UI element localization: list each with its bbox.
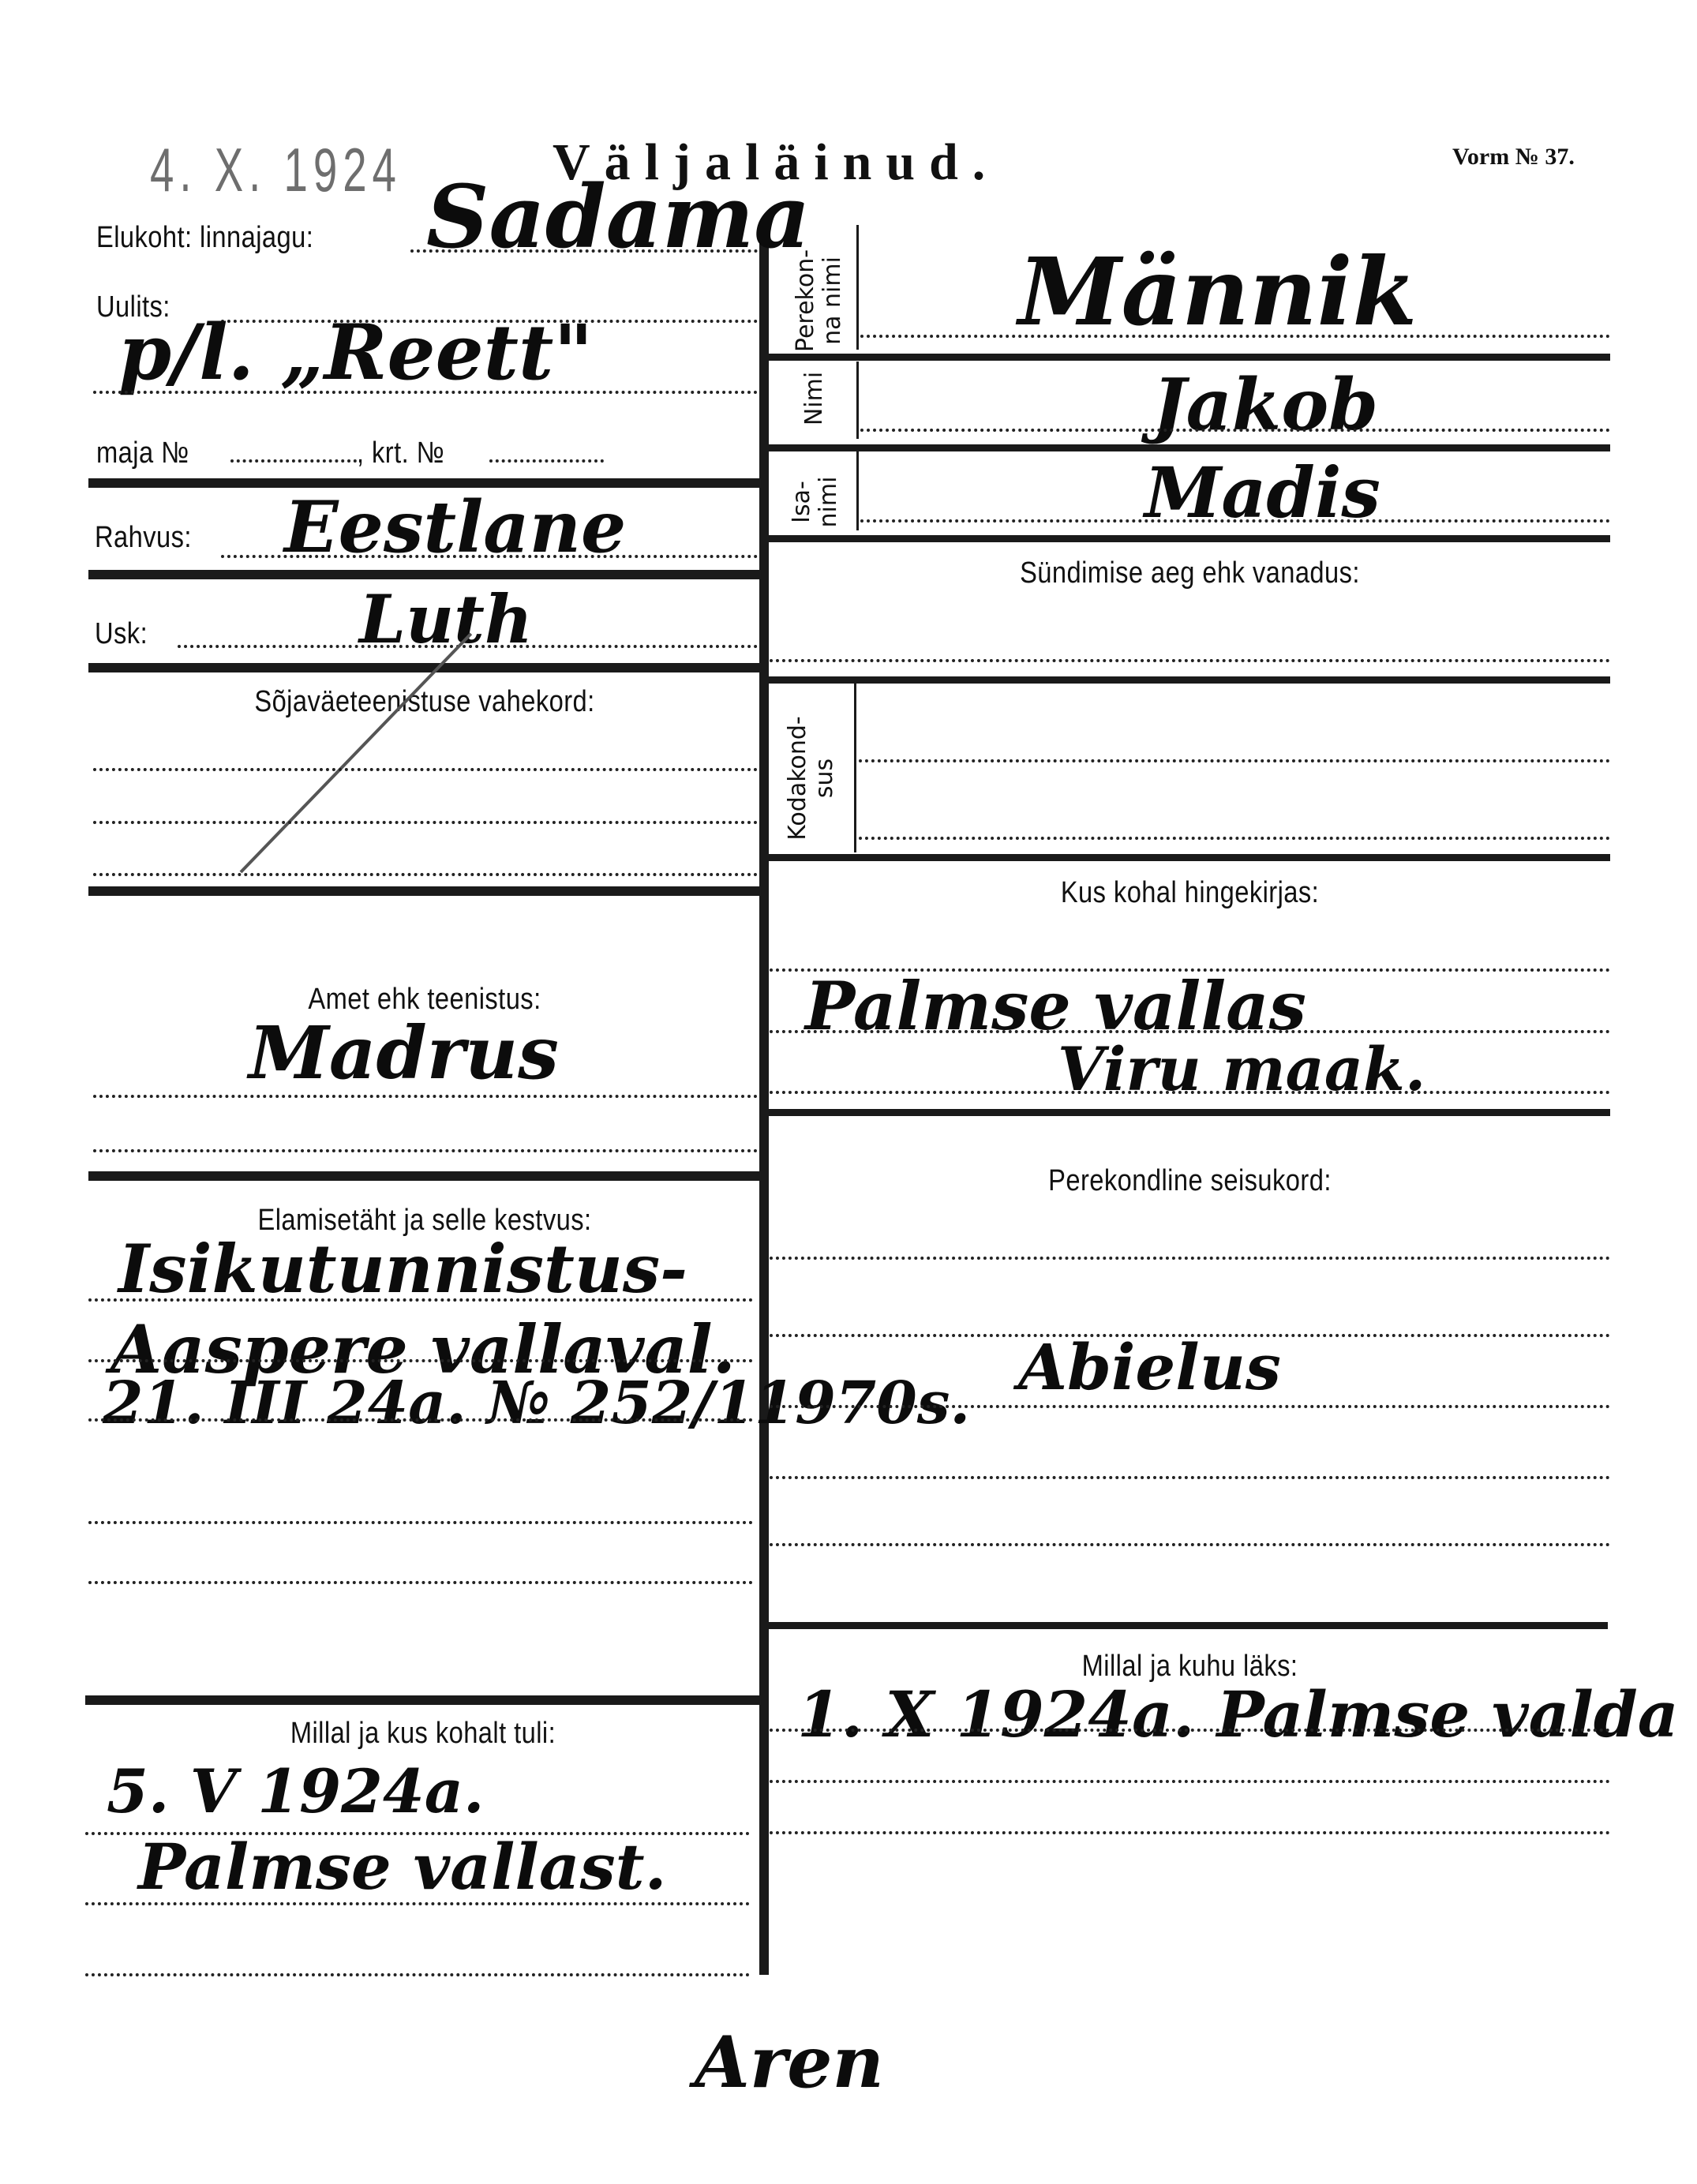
citizenship-field-line-2[interactable] bbox=[859, 837, 1610, 840]
section-divider bbox=[767, 444, 1610, 451]
arrival-line-1: 5. V 1924a. bbox=[107, 1756, 484, 1826]
residence-label: Elukoht: linnajagu: bbox=[96, 221, 313, 255]
arrival-label: Millal ja kus kohalt tuli: bbox=[133, 1717, 714, 1751]
section-divider bbox=[88, 570, 761, 579]
residence-permit-line-3: 21. III 24a. № 252/11970s. bbox=[103, 1369, 970, 1437]
marital-status-field-line-5[interactable] bbox=[770, 1543, 1610, 1546]
residence-permit-field-line-3[interactable] bbox=[88, 1418, 753, 1422]
religion-label: Usk: bbox=[95, 617, 148, 651]
label-column-rule bbox=[856, 225, 859, 350]
father-name-label: Isa- nimi bbox=[789, 463, 845, 541]
street-field-line-2[interactable] bbox=[93, 391, 758, 394]
departure-field-line-1[interactable] bbox=[770, 1729, 1610, 1732]
marital-status-label: Perekondline seisukord: bbox=[829, 1164, 1552, 1198]
residence-permit-line-1: Isikutunnistus- bbox=[118, 1230, 687, 1308]
surname-value: Männik bbox=[1018, 237, 1417, 347]
arrival-line-2: Palmse vallast. bbox=[138, 1830, 666, 1904]
house-number-field[interactable] bbox=[230, 459, 357, 463]
parish-register-field-line-2[interactable] bbox=[770, 1030, 1610, 1033]
military-field-line-2[interactable] bbox=[93, 821, 758, 824]
date-stamp: 4. X. 1924 bbox=[150, 134, 402, 206]
marital-status-field-line-3[interactable] bbox=[770, 1405, 1610, 1408]
residence-permit-field-line-4[interactable] bbox=[88, 1521, 753, 1524]
label-column-rule bbox=[854, 680, 856, 852]
occupation-field-line-1[interactable] bbox=[93, 1095, 758, 1098]
military-status-label: Sõjaväeteenistuse vahekord: bbox=[136, 685, 714, 719]
marital-status-field-line-4[interactable] bbox=[770, 1476, 1610, 1479]
parish-register-field-line-3[interactable] bbox=[770, 1091, 1610, 1094]
father-name-field-line[interactable] bbox=[860, 519, 1610, 523]
first-name-field-line[interactable] bbox=[860, 429, 1610, 432]
marital-status-value: Abielus bbox=[1018, 1330, 1281, 1404]
official-signature: Aren bbox=[695, 2021, 884, 2104]
residence-permit-field-line-5[interactable] bbox=[88, 1581, 753, 1584]
section-divider bbox=[85, 1695, 761, 1705]
section-divider bbox=[767, 854, 1610, 861]
residence-field-line[interactable] bbox=[410, 249, 758, 253]
military-field-line-1[interactable] bbox=[93, 768, 758, 771]
arrival-field-line-3[interactable] bbox=[85, 1973, 750, 1976]
departure-field-line-2[interactable] bbox=[770, 1780, 1610, 1783]
section-divider bbox=[88, 1171, 761, 1181]
citizenship-label: Kodakond- sus bbox=[785, 695, 841, 861]
arrival-field-line-2[interactable] bbox=[85, 1902, 750, 1905]
section-divider bbox=[767, 535, 1610, 542]
departure-value: 1. X 1924a. Palmse valda bbox=[797, 1677, 1679, 1751]
section-divider bbox=[767, 676, 1610, 684]
birth-date-field-line[interactable] bbox=[770, 659, 1610, 662]
first-name-value: Jakob bbox=[1152, 363, 1378, 447]
section-divider bbox=[88, 663, 761, 672]
parish-register-label: Kus kohal hingekirjas: bbox=[829, 876, 1552, 910]
house-number-label: maja № bbox=[96, 436, 189, 470]
section-divider bbox=[767, 1622, 1608, 1629]
label-column-rule bbox=[856, 362, 859, 439]
street-value: p/l. „Reett" bbox=[118, 308, 593, 397]
birth-date-label: Sündimise aeg ehk vanadus: bbox=[829, 556, 1552, 590]
form-number: Vorm № 37. bbox=[1452, 144, 1575, 170]
residence-permit-field-line-1[interactable] bbox=[88, 1298, 753, 1302]
surname-field-line[interactable] bbox=[860, 335, 1610, 338]
religion-field-line[interactable] bbox=[178, 645, 758, 648]
apartment-number-label: , krt. № bbox=[357, 436, 444, 470]
occupation-field-line-2[interactable] bbox=[93, 1149, 758, 1152]
nationality-label: Rahvus: bbox=[95, 521, 192, 555]
departure-field-line-3[interactable] bbox=[770, 1831, 1610, 1834]
section-divider bbox=[767, 1109, 1610, 1116]
section-divider bbox=[767, 354, 1610, 361]
section-divider bbox=[88, 886, 761, 896]
citizenship-field-line-1[interactable] bbox=[859, 759, 1610, 762]
marital-status-field-line-1[interactable] bbox=[770, 1257, 1610, 1260]
nationality-field-line[interactable] bbox=[221, 555, 758, 558]
occupation-value: Madrus bbox=[249, 1010, 559, 1096]
military-field-line-3[interactable] bbox=[93, 873, 758, 876]
label-column-rule bbox=[856, 451, 859, 530]
first-name-label: Nimi bbox=[801, 359, 833, 438]
apartment-number-field[interactable] bbox=[489, 459, 604, 463]
residence-permit-field-line-2[interactable] bbox=[88, 1359, 753, 1362]
